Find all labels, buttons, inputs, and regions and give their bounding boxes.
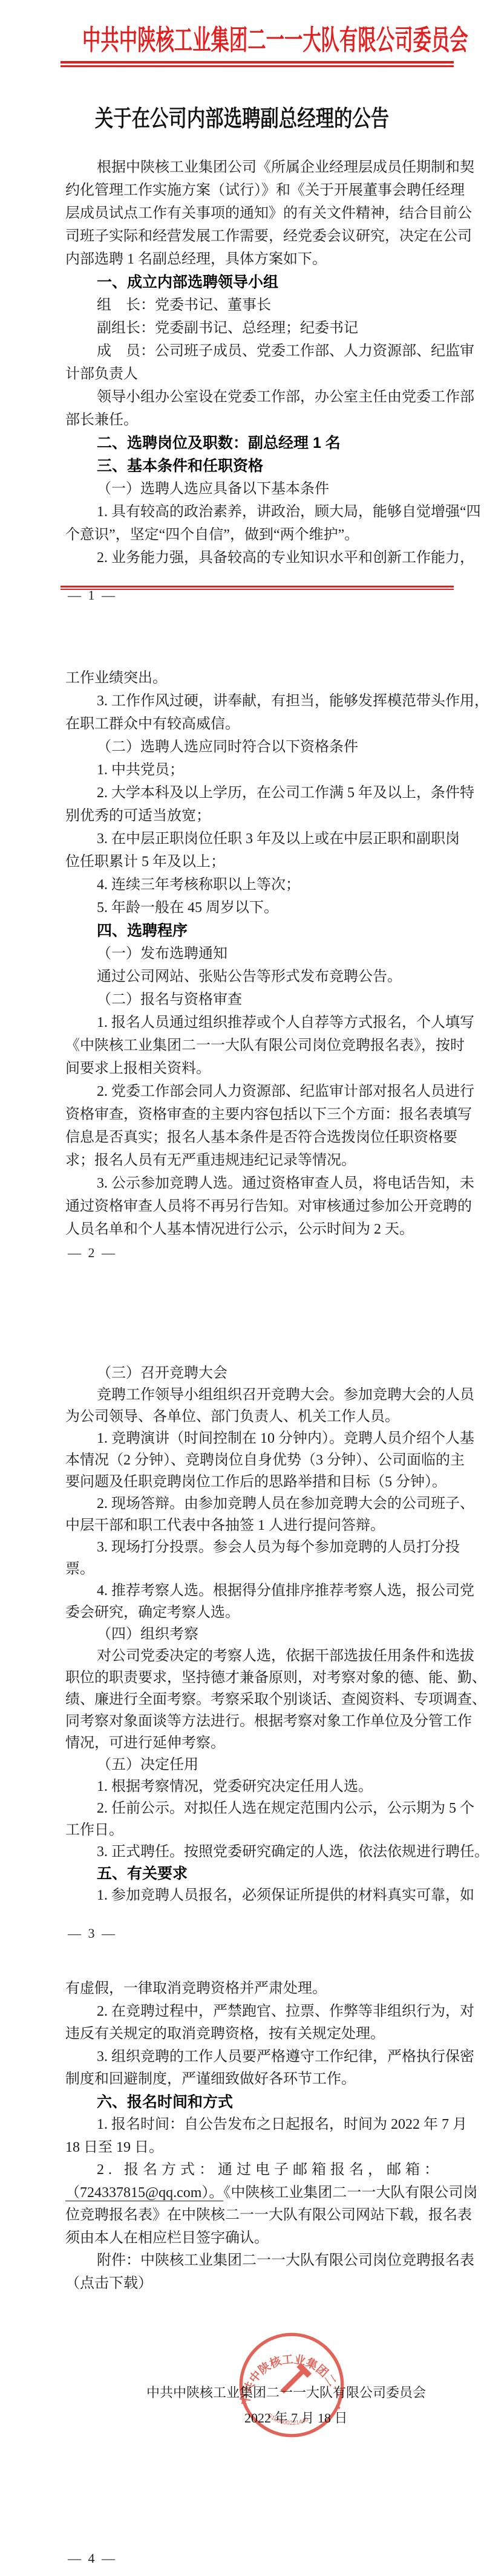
text-line: （五）决定任用 — [65, 1754, 456, 1776]
download-link[interactable]: （点击下载） — [65, 2273, 456, 2296]
page-3-body: （三）召开竞聘大会竞聘工作领导小组组织召开竞聘大会。参加竞聘大会的人员为公司领导… — [65, 1362, 456, 1906]
text-line: 3. 组织竞聘的工作人员要严格遵守工作纪律，严格执行保密 — [65, 2046, 456, 2069]
text-line: 3. 公示参加竞聘人选。通过资格审查人员，将电话告知，未 — [65, 1172, 456, 1195]
text-line: 信息是否真实；报名人基本条件是否符合选拨岗位任职资格要 — [65, 1126, 456, 1149]
seal-ring-text: 中共中陕核工业集团二一一大队有限公司委员会 — [237, 2331, 344, 2410]
official-seal: 中共中陕核工业集团二一一大队有限公司委员会 G100000221440 — [237, 2331, 346, 2439]
text-line: 违反有关规定的取消竞聘资格，按有关规定处理。 — [65, 2023, 456, 2046]
text-line: 绩、廉进行全面考察。考察采取个别谈话、查阅资料、专项调查、 — [65, 1689, 456, 1710]
text-line: 2. 任前公示。对拟任人选在规定范围内公示，公示期为 5 个 — [65, 1798, 456, 1819]
text-line: 1. 根据考察情况，党委研究决定任用人选。 — [65, 1776, 456, 1798]
text-line: 领导小组办公室设在党委工作部，办公室主任由党委工作部 — [65, 386, 456, 409]
letterhead-double-rule — [60, 61, 454, 67]
page-4-body: 有虚假，一律取消竞聘资格并严肃处理。2. 在竞聘过程中，严禁跑官、拉票、作弊等非… — [65, 1978, 456, 2295]
text-line: 五、有关要求 — [65, 1863, 456, 1885]
text-line: 对公司党委决定的考察人选，依据干部选拔任用条件和选拔 — [65, 1645, 456, 1667]
text-line: （四）组织考察 — [65, 1623, 456, 1645]
text-line: 人员名单和个人基本情况进行公示，公示时间为 2 天。 — [65, 1218, 456, 1241]
text-line: 3. 工作作风过硬，讲奉献，有担当，能够发挥模范带头作用， — [65, 690, 456, 713]
text-line: 2. 业务能力强，具备较高的专业知识水平和创新工作能力， — [65, 546, 456, 569]
text-line: 3. 在中层正职岗位任职 3 年及以上或在中层正职和副职岗 — [65, 827, 456, 850]
page-number-4: — 4 — — [68, 2551, 117, 2566]
text-line: 在职工群众中有较高威信。 — [65, 713, 456, 736]
letterhead-org-name: 中共中陕核工业集团二一一大队有限公司委员会 — [82, 24, 402, 57]
text-line: 2. 大学本科及以上学历，在公司工作满 5 年及以上，条件特 — [65, 782, 456, 804]
email-link[interactable]: （724337815@qq.com）。 — [65, 2185, 223, 2201]
text-line: 《中陕核工业集团二一一大队有限公司岗位竞聘报名表》，按时 — [65, 1034, 456, 1057]
text-line: 中层干部和职工代表中各抽签 1 人进行提问答辩。 — [65, 1515, 456, 1536]
text-line: 组 长：党委书记、董事长 — [65, 294, 456, 317]
text-line: 一、成立内部选聘领导小组 — [65, 271, 456, 294]
rule-thin-line — [60, 589, 454, 590]
text-line: 4. 连续三年考核称职以上等次； — [65, 873, 456, 896]
page1-footer-red-rule — [60, 586, 454, 590]
text-line: 为公司领导、各单位、部门负责人、机关工作人员。 — [65, 1406, 456, 1428]
text-line: 副组长：党委副书记、总经理；纪委书记 — [65, 317, 456, 340]
text-line: 约化管理工作实施方案（试行）》和《关于开展董事会聘任经理 — [65, 179, 456, 202]
text-line: （二）报名与资格审查 — [65, 988, 456, 1011]
text-line: 位竞聘报名表》在中陕核二一一大队有限公司网站下载，报名表 — [65, 2204, 456, 2227]
line-segment: 《中陕核工业集团二一一大队有限公司岗 — [223, 2185, 477, 2201]
text-line: （二）选聘人选应同时符合以下资格条件 — [65, 736, 456, 759]
text-line: 职位的职责要求，坚持德才兼备原则，对考察对象的德、能、勤、 — [65, 1667, 456, 1689]
text-line: 附件：中陕核工业集团二一一大队有限公司岗位竞聘报名表 — [65, 2250, 456, 2273]
text-line: （一）发布选聘通知 — [65, 942, 456, 965]
text-line: 个意识”，坚定“四个自信”，做到“两个维护”。 — [65, 523, 456, 546]
text-line: 1. 竞聘演讲（时间控制在 10 分钟内）。竞聘人员介绍个人基 — [65, 1428, 456, 1449]
page-1-body: 根据中陕核工业集团公司《所属企业经理层成员任期制和契约化管理工作实施方案（试行）… — [65, 156, 456, 569]
text-line: 工作日。 — [65, 1819, 456, 1841]
text-line: 1. 中共党员； — [65, 759, 456, 782]
text-line: 计部负责人 — [65, 363, 456, 386]
text-line: 1. 参加竞聘人员报名，必须保证所提供的材料真实可靠，如 — [65, 1885, 456, 1906]
text-line: 有虚假，一律取消竞聘资格并严肃处理。 — [65, 1978, 456, 2001]
text-line: 别优秀的可适当放宽； — [65, 804, 456, 827]
text-line: 资格审查，资格审查的主要内容包括以下三个方面：报名表填写 — [65, 1103, 456, 1126]
text-line: 2. 在竞聘过程中，严禁跑官、拉票、作弊等非组织行为，对 — [65, 2001, 456, 2024]
text-line: 情况，可进行延伸考察。 — [65, 1732, 456, 1754]
text-line: 同考察对象面谈等方法进行。根据考察对象工作单位及分管工作 — [65, 1710, 456, 1732]
text-line: 三、基本条件和任职资格 — [65, 455, 456, 477]
text-line: 2. 报名方式：通过电子邮箱报名，邮箱： — [65, 2159, 456, 2182]
seal-serial-number: G100000221440 — [266, 2412, 310, 2427]
text-line: 1. 具有较高的政治素养，讲政治，顾大局，能够自觉增强“四 — [65, 500, 456, 523]
text-line: 委会研究，确定考察人选。 — [65, 1602, 456, 1623]
text-line: 内部选聘 1 名副总经理，具体方案如下。 — [65, 248, 456, 271]
text-line: 18 日至 19 日。 — [65, 2137, 456, 2160]
document-page: { "colors": { "accent_red": "#e31c1c", "… — [0, 0, 484, 2576]
text-line: 部长兼任。 — [65, 409, 456, 432]
text-line: 求；报名人员有无严重违规违纪记录等情况。 — [65, 1149, 456, 1172]
page-number-2: — 2 — — [68, 1245, 117, 1261]
text-line: 工作业绩突出。 — [65, 667, 456, 690]
text-line: 成 员：公司班子成员、党委工作部、人力资源部、纪监审 — [65, 340, 456, 363]
text-line: 通过公司网站、张贴公告等形式发布竞聘公告。 — [65, 965, 456, 988]
text-line: 1. 报名人员通过组织推荐或个人自荐等方式报名，个人填写 — [65, 1011, 456, 1034]
document-title: 关于在公司内部选聘副总经理的公告 — [48, 105, 436, 133]
text-line: 2. 现场答辩。由参加竞聘人员在参加竞聘大会的公司班子、 — [65, 1493, 456, 1515]
hammer-sickle-icon — [281, 2363, 312, 2403]
text-line: 本情况（2 分钟）、竞聘岗位自身优势（3 分钟）、公司面临的主 — [65, 1449, 456, 1471]
text-line: 3. 现场打分投票。参会人员为每个参加竞聘的人员打分投 — [65, 1536, 456, 1558]
rule-thin-line — [60, 65, 454, 67]
text-line: 制度和回避制度，严谨细致做好各环节工作。 — [65, 2068, 456, 2091]
text-line: （三）召开竞聘大会 — [65, 1362, 456, 1384]
text-line: 2. 党委工作部会同人力资源部、纪监审计部对报名人员进行 — [65, 1080, 456, 1103]
text-line: 1. 报名时间：自公告发布之日起报名，时间为 2022 年 7 月 — [65, 2114, 456, 2137]
page-2-body: 工作业绩突出。3. 工作作风过硬，讲奉献，有担当，能够发挥模范带头作用，在职工群… — [65, 667, 456, 1241]
text-line: 3. 正式聘任。按照党委研究确定的人选，依法依规进行聘任。 — [65, 1841, 456, 1863]
text-line: 司班子实际和经营发展工作需要，经党委会议研究，决定在公司 — [65, 225, 456, 248]
text-line: （一）选聘人选应具备以下基本条件 — [65, 477, 456, 500]
text-line: 竞聘工作领导小组组织召开竞聘大会。参加竞聘大会的人员 — [65, 1384, 456, 1406]
text-line: 位任职累计 5 年及以上； — [65, 850, 456, 873]
text-line: （724337815@qq.com）。《中陕核工业集团二一一大队有限公司岗 — [65, 2182, 456, 2205]
text-line: 四、选聘程序 — [65, 919, 456, 942]
text-line: 通过资格审查人员将不再另行告知。对审核通过参加公开竞聘的 — [65, 1195, 456, 1218]
text-line: 根据中陕核工业集团公司《所属企业经理层成员任期制和契 — [65, 156, 456, 179]
text-line: 须由本人在相应栏目签字确认。 — [65, 2227, 456, 2250]
page-number-1: — 1 — — [68, 587, 117, 603]
text-line: 层成员试点工作有关事项的通知》的有关文件精神，结合目前公 — [65, 202, 456, 225]
page-number-3: — 3 — — [68, 1926, 117, 1941]
text-line: 要问题及任职竞聘岗位工作后的思路举措和目标（5 分钟）。 — [65, 1471, 456, 1493]
text-line: 5. 年龄一般在 45 周岁以下。 — [65, 896, 456, 919]
text-line: 六、报名时间和方式 — [65, 2091, 456, 2114]
text-line: 票。 — [65, 1558, 456, 1580]
text-line: 4. 推荐考察人选。根据得分值排序推荐考察人选，报公司党 — [65, 1580, 456, 1602]
text-line: 二、选聘岗位及职数：副总经理 1 名 — [65, 432, 456, 455]
text-line: 间要求上报相关资料。 — [65, 1057, 456, 1080]
